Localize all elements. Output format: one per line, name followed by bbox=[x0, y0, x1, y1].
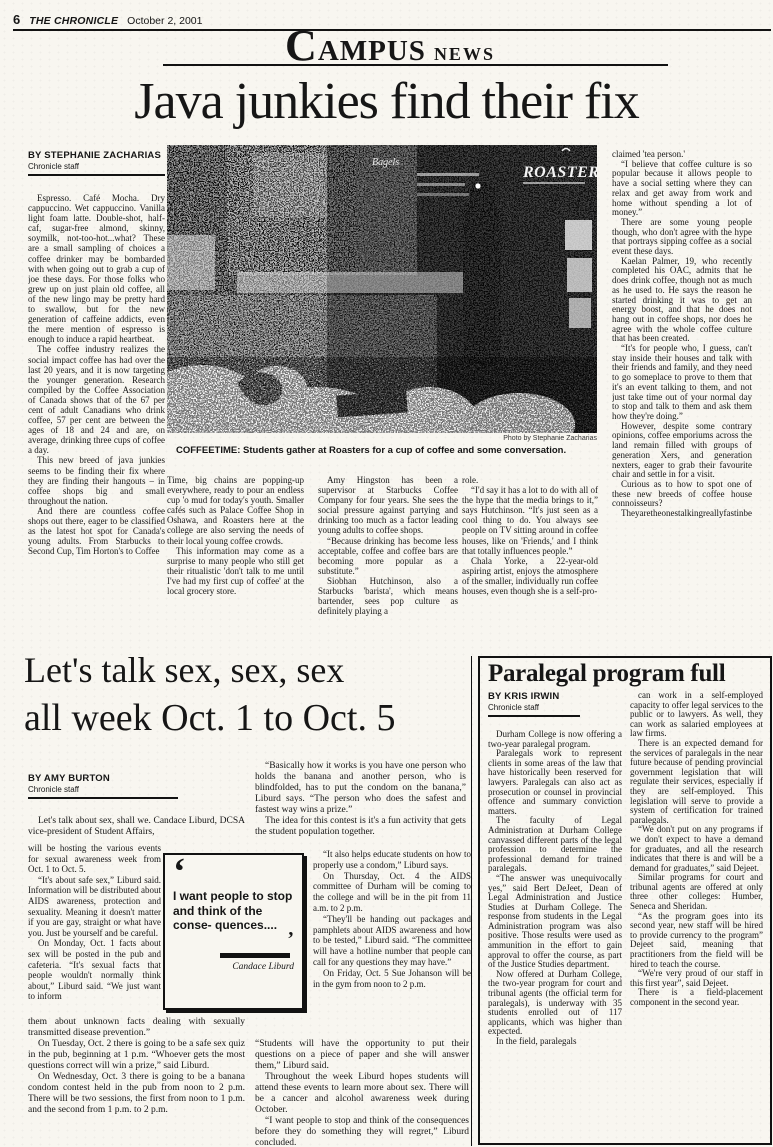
photo-credit: Photo by Stephanie Zacharias bbox=[377, 435, 597, 442]
photo-image: Bagels ROASTERS bbox=[167, 145, 597, 433]
sex-byline-name: BY AMY BURTON bbox=[28, 773, 178, 784]
java-col-2: Time, big chains are popping-up everywhe… bbox=[167, 475, 304, 645]
sex-byline: BY AMY BURTON Chronicle staff bbox=[28, 773, 178, 799]
section-subtitle: NEWS bbox=[434, 44, 495, 65]
java-byline-name: BY STEPHANIE ZACHARIAS bbox=[28, 150, 165, 161]
sex-byline-rule bbox=[28, 797, 178, 799]
sex-headline-line-1: Let's talk sex, sex, sex bbox=[24, 650, 344, 690]
newspaper-page: 6 THE CHRONICLE October 2, 2001 CAMPUSNE… bbox=[0, 0, 773, 1147]
pull-quote-divider bbox=[220, 953, 290, 958]
section-title: CAMPUS bbox=[285, 31, 426, 66]
paralegal-byline-role: Chronicle staff bbox=[488, 703, 580, 712]
paralegal-col-2: can work in a self-employed capacity to … bbox=[630, 691, 763, 1135]
sex-col-1-narrow: will be hosting the various events for s… bbox=[28, 843, 161, 1015]
paralegal-byline-rule bbox=[488, 715, 580, 717]
java-col-4: role.“I'd say it has a lot to do with al… bbox=[462, 475, 598, 645]
java-col-1: Espresso. Café Mocha. Dry cappuccino. We… bbox=[28, 193, 165, 645]
sex-col-1-top: Let's talk about sex, shall we. Candace … bbox=[28, 816, 245, 842]
paralegal-byline: BY KRIS IRWIN Chronicle staff bbox=[488, 691, 580, 717]
coffee-shop-photo: Bagels ROASTERS bbox=[167, 145, 597, 433]
column-divider-rule bbox=[471, 656, 472, 1146]
java-col-5: claimed 'tea person.'“I believe that cof… bbox=[612, 150, 752, 648]
java-col-3: Amy Hingston has been a supervisor at St… bbox=[318, 475, 458, 645]
page-number: 6 bbox=[13, 12, 20, 27]
sex-col-2-narrow: “It also helps educate students on how t… bbox=[313, 849, 471, 1037]
publication-name: THE CHRONICLE bbox=[29, 15, 118, 27]
java-byline: BY STEPHANIE ZACHARIAS Chronicle staff bbox=[28, 150, 165, 176]
paralegal-article-box: Paralegal program full BY KRIS IRWIN Chr… bbox=[478, 656, 772, 1145]
sex-col-1-bottom: them about unknown facts dealing with se… bbox=[28, 1017, 245, 1143]
page-header: 6 THE CHRONICLE October 2, 2001 bbox=[13, 12, 202, 27]
paralegal-byline-name: BY KRIS IRWIN bbox=[488, 691, 580, 702]
masthead-rule bbox=[163, 64, 668, 66]
issue-date: October 2, 2001 bbox=[127, 15, 202, 27]
close-quote-icon: ’ bbox=[173, 933, 294, 945]
sex-headline-line-2: all week Oct. 1 to Oct. 5 bbox=[24, 698, 395, 738]
sex-col-2-bottom: “Students will have the opportunity to p… bbox=[255, 1039, 469, 1145]
java-headline: Java junkies find their fix bbox=[0, 74, 773, 130]
pull-quote-box: ‘ I want people to stop and think of the… bbox=[163, 853, 304, 1010]
pull-quote-text: I want people to stop and think of the c… bbox=[173, 889, 294, 933]
sex-col-2-top: “Basically how it works is you have one … bbox=[255, 761, 466, 849]
sex-byline-role: Chronicle staff bbox=[28, 785, 178, 794]
photo-caption: COFFEETIME: Students gather at Roasters … bbox=[176, 445, 600, 457]
java-byline-role: Chronicle staff bbox=[28, 162, 165, 171]
java-byline-rule bbox=[28, 174, 165, 176]
masthead: CAMPUSNEWS bbox=[180, 31, 600, 66]
paralegal-headline: Paralegal program full bbox=[488, 660, 725, 688]
paralegal-col-1: Durham College is now offering a two-yea… bbox=[488, 730, 622, 1135]
open-quote-icon: ‘ bbox=[173, 859, 294, 885]
pull-quote-attribution: Candace Liburd bbox=[173, 962, 294, 972]
